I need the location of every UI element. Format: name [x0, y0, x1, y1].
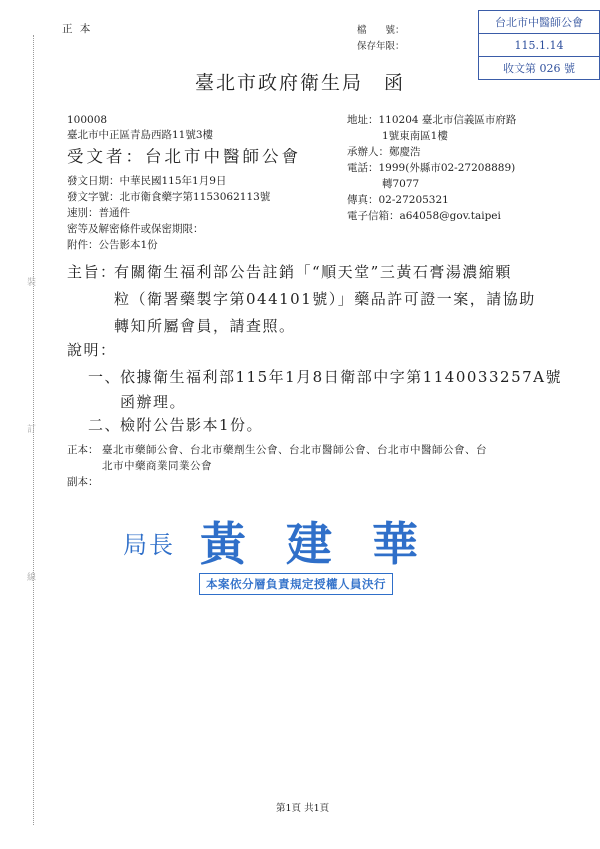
- recipient: 受文者：台北市中醫師公會: [67, 143, 301, 167]
- binding-mark-zhuang: 裝: [27, 275, 36, 288]
- explanation-item-1-line-1: 依據衛生福利部115年1月8日衛部中字第1140033257A號: [120, 365, 562, 389]
- document-title: 臺北市政府衛生局 函: [195, 68, 405, 95]
- explanation-item-2-num: 二、: [88, 413, 121, 437]
- chief-name-seal: 黃 建 華: [200, 508, 430, 574]
- fax: 傳真：02-27205321: [347, 193, 449, 208]
- issue-date: 發文日期：中華民國115年1月9日: [67, 174, 226, 189]
- phone-line1: 電話：1999(外縣市02-27208889): [347, 161, 515, 176]
- original-label: 正本：: [67, 443, 99, 458]
- address-line2: 1號東南區1樓: [382, 129, 448, 144]
- explanation-item-1-line-2: 函辦理。: [120, 390, 186, 414]
- chief-title: 局長: [123, 525, 175, 560]
- original-line-2: 北市中藥商業同業公會: [102, 459, 212, 474]
- stamp-date: 115.1.14: [479, 34, 599, 57]
- subject-label: 主旨：: [67, 260, 117, 284]
- explanation-item-2-line-1: 檢附公告影本1份。: [120, 413, 263, 437]
- page-footer: 第1頁 共1頁: [276, 802, 329, 816]
- explanation-label: 說明：: [67, 338, 117, 362]
- recipient-address: 臺北市中正區青島西路11號3樓: [67, 128, 213, 143]
- subject-line-3: 轉知所屬會員，請查照。: [114, 314, 296, 338]
- email[interactable]: 電子信箱：a64058@gov.taipei: [347, 209, 501, 224]
- delegation-stamp: 本案依分層負責規定授權人員決行: [199, 573, 393, 595]
- issue-number: 發文字號：北市衛食藥字第1153062113號: [67, 190, 270, 205]
- copy-label: 副本：: [67, 475, 99, 490]
- postal-code: 100008: [67, 113, 107, 128]
- stamp-received-no: 收文第 026 號: [479, 57, 599, 79]
- attachment: 附件：公告影本1份: [67, 238, 158, 253]
- stamp-org: 台北市中醫師公會: [479, 11, 599, 34]
- subject-line-1: 有關衛生福利部公告註銷「“順天堂”三黃石膏湯濃縮顆: [114, 260, 512, 284]
- copy-type-label: 正 本: [62, 22, 92, 37]
- original-line-1: 臺北市藥師公會、台北市藥劑生公會、台北市醫師公會、台北市中醫師公會、台: [102, 443, 487, 458]
- binding-mark-xian: 線: [27, 570, 36, 583]
- binding-mark-ding: 訂: [27, 422, 36, 435]
- file-number-label: 檔 號：: [357, 24, 405, 38]
- retention-label: 保存年限：: [357, 40, 405, 54]
- receipt-stamp: 台北市中醫師公會 115.1.14 收文第 026 號: [478, 10, 600, 80]
- subject-line-2: 粒（衛署藥製字第044101號）」藥品許可證一案，請協助: [114, 287, 536, 311]
- confidentiality: 密等及解密條件或保密期限：: [67, 222, 204, 237]
- speed: 速別：普通件: [67, 206, 130, 221]
- address-line1: 地址：110204 臺北市信義區市府路: [347, 113, 516, 128]
- explanation-item-1-num: 一、: [88, 365, 121, 389]
- handler: 承辦人：鄭慶浩: [347, 145, 421, 160]
- phone-line2: 轉7077: [382, 177, 419, 192]
